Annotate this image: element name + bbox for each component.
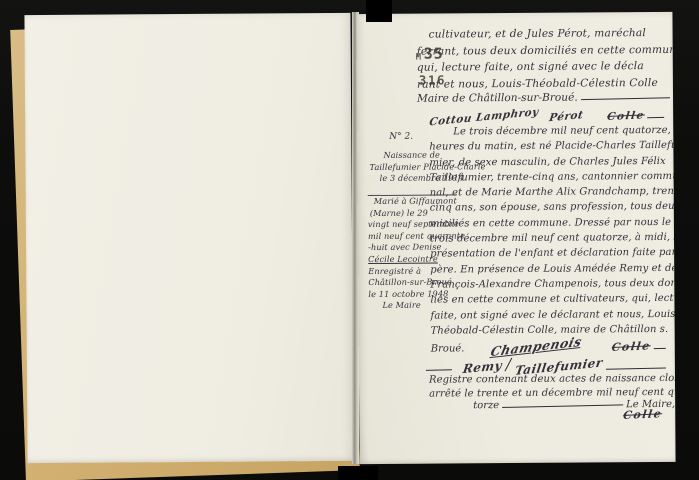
act-one-line: Maire de Châtillon-sur-Broué. <box>417 92 578 105</box>
act-two-line: liés en cette commune et cultivateurs, q… <box>430 291 675 308</box>
act-two-line: présentation de l'enfant et déclaration … <box>430 245 676 262</box>
ink-rule <box>648 117 665 118</box>
act-one-line: qui, lecture faite, ont signé avec le dé… <box>417 58 673 76</box>
act-two-line: cinq ans, son épouse, sans profession, t… <box>430 199 676 216</box>
ink-rule <box>426 369 452 371</box>
act-two-end-word: Broué. <box>431 343 465 354</box>
ink-rule <box>581 97 670 100</box>
act-two-line: trois décembre mil neuf cent quatorze, à… <box>430 230 676 247</box>
closing-last-word: torze <box>473 400 499 411</box>
act-two-line: heures du matin, est né Placide-Charles … <box>429 138 675 155</box>
act-two-line: Le trois décembre mil neuf cent quatorze… <box>429 123 675 140</box>
act-two-line: François-Alexandre Champenois, tous deux… <box>430 276 675 293</box>
ink-rule <box>606 368 666 370</box>
signature-perot: Pérot <box>548 109 584 124</box>
left-blank-page <box>24 13 353 463</box>
spine-notch-bottom <box>338 466 378 480</box>
act-two-line: nal, et de Marie Marthe Alix Grandchamp,… <box>430 184 676 201</box>
act-one-signatures: Cottou Lamphroy Pérot Colle <box>429 110 667 124</box>
act-one-text: cultivateur, et de Jules Pérot, maréchal… <box>417 25 673 93</box>
signature-colle-flourish: Colle <box>611 339 652 354</box>
ink-rule <box>502 404 623 408</box>
act-one-line: cultivateur, et de Jules Pérot, maréchal <box>417 25 673 43</box>
act-two-line: père. En présence de Louis Amédée Remy e… <box>430 261 675 278</box>
right-page: M 35 316 cultivateur, et de Jules Pérot,… <box>356 12 675 464</box>
signature-colle-flourish: Colle <box>606 109 645 123</box>
act-one-last-line: Maire de Châtillon-sur-Broué. <box>417 91 673 105</box>
act-two-close-row: Broué. Champenois Colle <box>431 338 669 355</box>
signature-divider <box>505 358 513 372</box>
spine-notch-top <box>366 0 392 22</box>
margin-act-number: N° 2. <box>389 132 413 142</box>
ink-rule <box>654 348 666 349</box>
act-two-line: faite, ont signé avec le déclarant et no… <box>430 306 675 323</box>
register-closing-text: Registre contenant deux actes de naissan… <box>429 372 675 402</box>
act-one-line: rant et nous, Louis-Théobald-Célestin Co… <box>417 74 673 92</box>
act-two-text: Le trois décembre mil neuf cent quatorze… <box>429 123 675 339</box>
act-two-line: Taillefumier, trente-cinq ans, cantonnie… <box>430 169 676 186</box>
register-scan: M 35 316 cultivateur, et de Jules Pérot,… <box>0 0 699 480</box>
mayor-signature: Colle <box>622 407 663 422</box>
act-two-line: mier, de sexe masculin, de Charles Jules… <box>429 153 675 170</box>
act-one-line: ferrant, tous deux domiciliés en cette c… <box>417 41 673 59</box>
act-two-line: miciliés en cette commune. Dressé par no… <box>430 215 676 232</box>
